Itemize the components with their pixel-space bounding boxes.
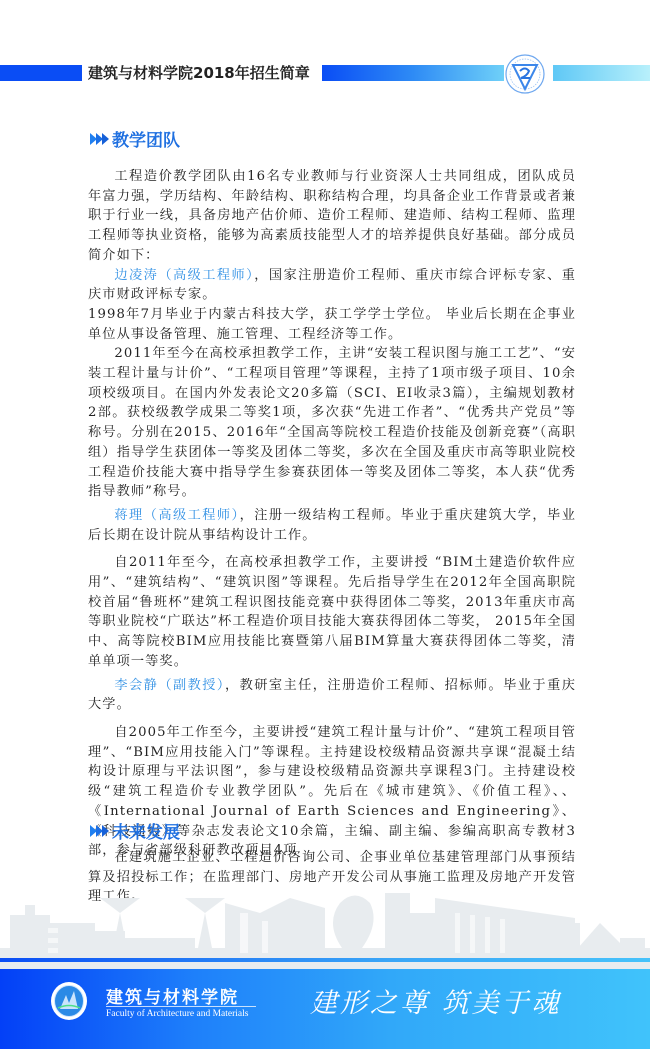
faculty-name-chinese: 建筑与材料学院 <box>106 983 239 1008</box>
member-1-summary: 边凌涛（高级工程师），国家注册造价工程师、重庆市综合评标专家、重庆市财政评标专家… <box>88 266 576 305</box>
member-3-summary: 李会静（副教授），教研室主任，注册造价工程师、招标师。毕业于重庆大学。 <box>88 676 576 715</box>
member-2-detail: 自2011年至今，在高校承担教学工作，主要讲授 “BIM土建造价软件应用”、“建… <box>88 553 576 671</box>
member-2-summary: 蒋理（高级工程师），注册一级结构工程师。毕业于重庆建筑大学，毕业后长期在设计院从… <box>88 506 576 545</box>
faculty-logo-icon <box>50 981 88 1021</box>
section-heading-team: 教学团队 <box>90 126 180 151</box>
triple-chevron-right-icon <box>90 133 108 145</box>
header-bar-left <box>0 65 82 81</box>
header-bar-right <box>553 65 650 81</box>
section-heading-future: 未来发展 <box>90 818 180 843</box>
faculty-motto: 建形之尊 筑美于魂 <box>310 981 562 1020</box>
page-header: 建筑与材料学院2018年招生简章 <box>0 60 650 90</box>
brochure-title: 建筑与材料学院2018年招生简章 <box>88 62 310 83</box>
member-2-name: 蒋理（高级工程师） <box>114 508 239 523</box>
section-heading-team-label: 教学团队 <box>112 126 180 151</box>
header-bar-middle <box>322 65 504 81</box>
member-3-name: 李会静（副教授） <box>114 678 225 693</box>
faculty-name-english: Faculty of Architecture and Materials <box>106 1009 248 1019</box>
footer-divider-line <box>0 958 650 962</box>
university-emblem-icon <box>505 52 545 96</box>
triple-chevron-right-icon <box>90 825 108 837</box>
member-1-detail: 2011年至今在高校承担教学工作，主讲“安装工程识图与施工工艺”、“安装工程计量… <box>88 344 576 502</box>
team-section-body: 工程造价教学团队由16名专业教师与行业资深人士共同组成，团队成员年富力强，学历结… <box>88 167 576 861</box>
member-1-education: 1998年7月毕业于内蒙古科技大学，获工学学士学位。 毕业后长期在企事业单位从事… <box>88 305 576 344</box>
member-1-name: 边凌涛（高级工程师） <box>114 268 254 283</box>
campus-skyline-illustration <box>0 893 650 978</box>
section-heading-future-label: 未来发展 <box>112 818 180 843</box>
team-intro-paragraph: 工程造价教学团队由16名专业教师与行业资深人士共同组成，团队成员年富力强，学历结… <box>88 167 576 266</box>
footer-name-underline <box>106 1006 256 1007</box>
page-footer: 建筑与材料学院 Faculty of Architecture and Mate… <box>0 969 650 1049</box>
